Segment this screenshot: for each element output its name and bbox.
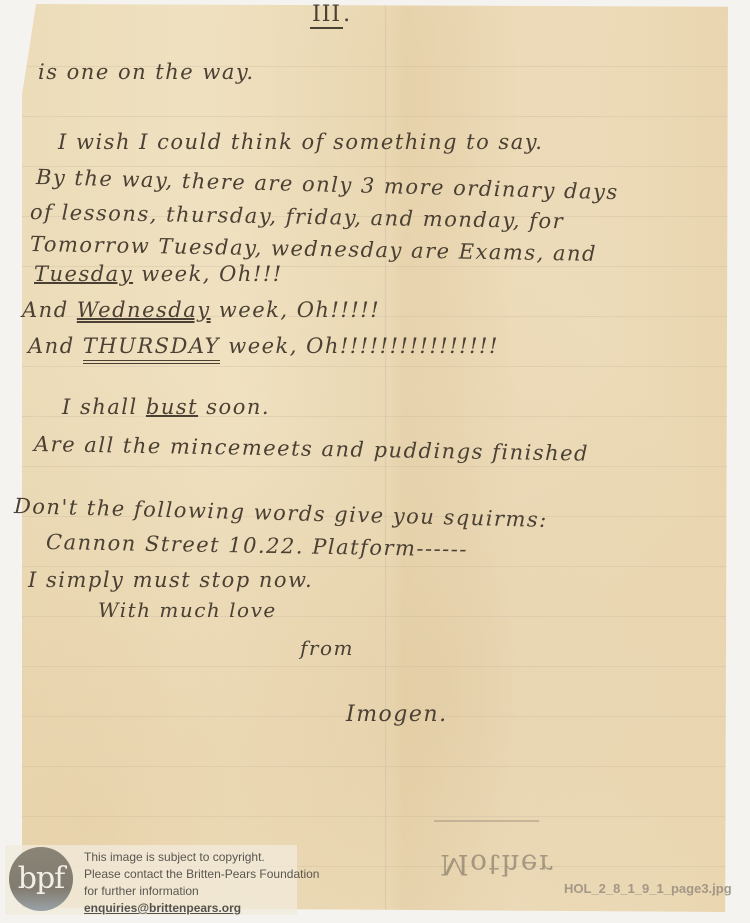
file-name-label: HOL_2_8_1_9_1_page3.jpg: [564, 880, 744, 898]
letter-line-13: I simply must stop now.: [28, 568, 313, 592]
letter-line-9-prefix: I shall: [62, 395, 146, 419]
ruled-line: [22, 666, 728, 667]
reverse-bleed-text: Mother: [440, 848, 554, 881]
pencil-mark: [434, 820, 539, 822]
ruled-line: [22, 116, 728, 117]
letter-line-8-rest: week, Oh!!!!!!!!!!!!!!!!: [220, 334, 499, 358]
ruled-line: [22, 466, 728, 467]
contact-email-link[interactable]: enquiries@brittenpears.org: [84, 901, 241, 915]
letter-line-7-prefix: And: [22, 298, 77, 322]
letter-line-2: I wish I could think of something to say…: [58, 130, 543, 154]
letter-line-8: And THURSDAY week, Oh!!!!!!!!!!!!!!!!: [28, 334, 499, 358]
letter-signature: Imogen.: [346, 702, 448, 727]
underlined-word-thursday: THURSDAY: [83, 334, 220, 364]
letter-line-7: And Wednesday week, Oh!!!!!: [22, 298, 380, 322]
letter-line-7-rest: week, Oh!!!!!: [211, 298, 381, 322]
letter-line-6-rest: week, Oh!!!: [133, 262, 283, 286]
further-info-notice: for further information: [84, 884, 199, 898]
page-number-dot: .: [343, 2, 351, 27]
ruled-line: [22, 366, 728, 367]
underlined-word-wednesday: Wednesday: [77, 298, 211, 322]
ruled-line: [22, 816, 728, 817]
copyright-notice: This image is subject to copyright.: [84, 850, 265, 864]
letter-closing: With much love: [98, 598, 277, 622]
letter-line-9-rest: soon.: [198, 395, 270, 419]
underlined-word-tuesday: Tuesday: [34, 262, 133, 286]
contact-notice: Please contact the Britten-Pears Foundat…: [84, 867, 319, 881]
letter-line-9: I shall bust soon.: [62, 395, 270, 419]
letter-from: from: [300, 636, 354, 660]
ruled-line: [22, 566, 728, 567]
underlined-word-bust: bust: [146, 395, 198, 419]
letter-line-1: is one on the way.: [38, 60, 255, 84]
ruled-line: [22, 766, 728, 767]
page-number-value: III: [310, 2, 343, 29]
letter-line-6: Tuesday week, Oh!!!: [34, 262, 283, 286]
letter-line-8-prefix: And: [28, 334, 83, 358]
page-number: III.: [310, 2, 351, 27]
bpf-logo-icon: bpf: [9, 847, 73, 911]
